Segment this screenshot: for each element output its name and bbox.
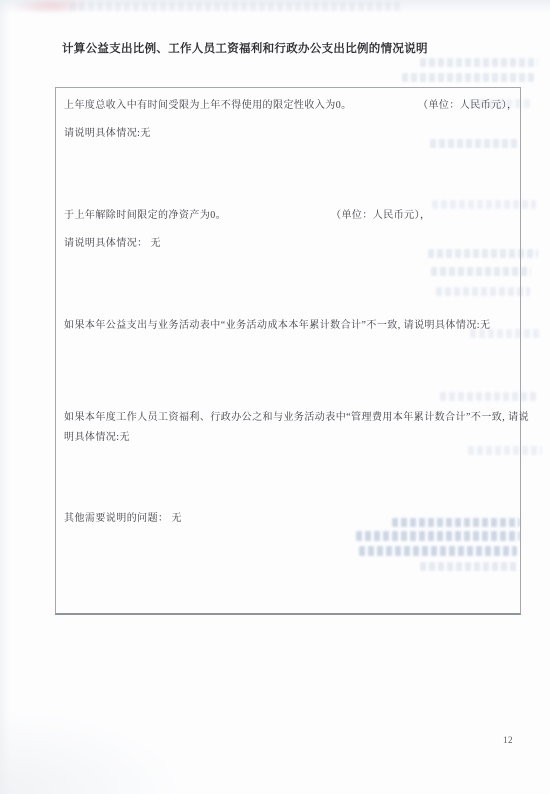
document-page: 计算公益支出比例、工作人员工资福利和行政办公支出比例的情况说明 上年度总收入中有… xyxy=(0,0,550,794)
red-stamp-bleed-artifact xyxy=(14,0,88,14)
section-2-statement: 于上年解除时间限定的净资产为0。 xyxy=(64,210,226,221)
section-2-detail: 请说明具体情况： 无 xyxy=(64,234,514,249)
section-3-statement: 如果本年公益支出与业务活动表中“业务活动成本本年累计数合计”不一致, 请说明具体… xyxy=(64,316,514,331)
section-1-statement-line: 上年度总收入中有时间受限为上年不得使用的限定性收入为0。 （单位：人民币元）， xyxy=(64,96,514,111)
section-5-statement: 其他需要说明的问题： 无 xyxy=(64,509,514,524)
bleed-through-artifact xyxy=(402,73,534,82)
section-1-detail: 请说明具体情况:无 xyxy=(64,124,514,139)
section-4-statement-line2: 明具体情况:无 xyxy=(64,428,514,443)
page-title: 计算公益支出比例、工作人员工资福利和行政办公支出比例的情况说明 xyxy=(62,40,428,56)
page-number: 12 xyxy=(503,735,513,745)
bleed-through-artifact xyxy=(70,2,400,11)
section-4-statement-line1: 如果本年度工作人员工资福利、行政办公之和与业务活动表中“管理费用本年累计数合计”… xyxy=(64,408,514,423)
statement-box: 上年度总收入中有时间受限为上年不得使用的限定性收入为0。 （单位：人民币元）， … xyxy=(55,87,521,615)
bleed-through-artifact xyxy=(420,58,538,67)
section-2-statement-line: 于上年解除时间限定的净资产为0。 （单位：人民币元）， xyxy=(64,206,514,221)
section-2-unit-note: （单位：人民币元）， xyxy=(331,206,431,221)
section-1-statement: 上年度总收入中有时间受限为上年不得使用的限定性收入为0。 xyxy=(64,100,352,111)
section-1-unit-note: （单位：人民币元）， xyxy=(418,96,518,111)
